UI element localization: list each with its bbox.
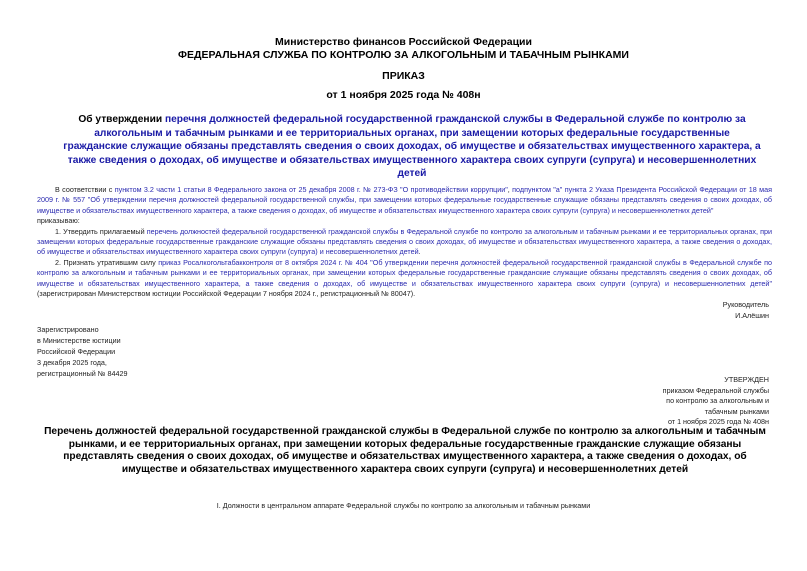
service-name: ФЕДЕРАЛЬНАЯ СЛУЖБА ПО КОНТРОЛЮ ЗА АЛКОГО… <box>0 49 807 61</box>
document-title: Об утверждении перечня должностей федера… <box>62 113 762 181</box>
preamble: В соответствии с пунктом 3.2 части 1 ста… <box>37 185 772 216</box>
preamble-text-1: В соответствии с <box>55 185 115 194</box>
title-prefix: Об утверждении <box>78 114 165 125</box>
item-1-end: . <box>419 247 421 256</box>
approved-line: табачным рынками <box>663 407 769 418</box>
law-273-fz-link[interactable]: пунктом 3.2 части 1 статьи 8 Федеральног… <box>115 185 508 194</box>
item-2-text: 2. Признать утратившим силу <box>55 258 158 267</box>
approved-list-link[interactable]: перечень должностей федеральной государс… <box>37 227 772 257</box>
approved-line: УТВЕРЖДЕН <box>663 375 769 386</box>
registration-line: в Министерстве юстиции <box>37 335 127 346</box>
ministry-name: Министерство финансов Российской Федерац… <box>0 36 807 48</box>
document-type: ПРИКАЗ <box>0 70 807 82</box>
order-item-1: 1. Утвердить прилагаемый перечень должно… <box>37 227 772 258</box>
approved-line: по контролю за алкогольным и <box>663 396 769 407</box>
document-page: Министерство финансов Российской Федерац… <box>0 0 807 571</box>
registration-line: 3 декабря 2025 года, <box>37 357 127 368</box>
approved-line: приказом Федеральной службы <box>663 386 769 397</box>
document-date-number: от 1 ноября 2025 года № 408н <box>0 89 807 101</box>
signer-name: И.Алёшин <box>723 310 769 321</box>
order-word: приказываю: <box>37 216 772 226</box>
signer-position: Руководитель <box>723 299 769 310</box>
registration-line: Российской Федерации <box>37 346 127 357</box>
list-title: Перечень должностей федеральной государс… <box>40 426 770 476</box>
approved-stamp: УТВЕРЖДЕН приказом Федеральной службы по… <box>663 375 769 428</box>
registration-line: регистрационный № 84429 <box>37 368 127 379</box>
registration-block: Зарегистрировано в Министерстве юстиции … <box>37 324 127 379</box>
registration-line: Зарегистрировано <box>37 324 127 335</box>
document-body: В соответствии с пунктом 3.2 части 1 ста… <box>37 185 772 299</box>
section-heading: I. Должности в центральном аппарате Феде… <box>0 501 807 510</box>
item-2-end: (зарегистрирован Министерством юстиции Р… <box>37 289 415 298</box>
signer-block: Руководитель И.Алёшин <box>723 299 769 321</box>
item-1-text: 1. Утвердить прилагаемый <box>55 227 147 236</box>
title-link[interactable]: перечня должностей федеральной государст… <box>63 114 760 179</box>
order-item-2: 2. Признать утратившим силу приказ Росал… <box>37 258 772 300</box>
